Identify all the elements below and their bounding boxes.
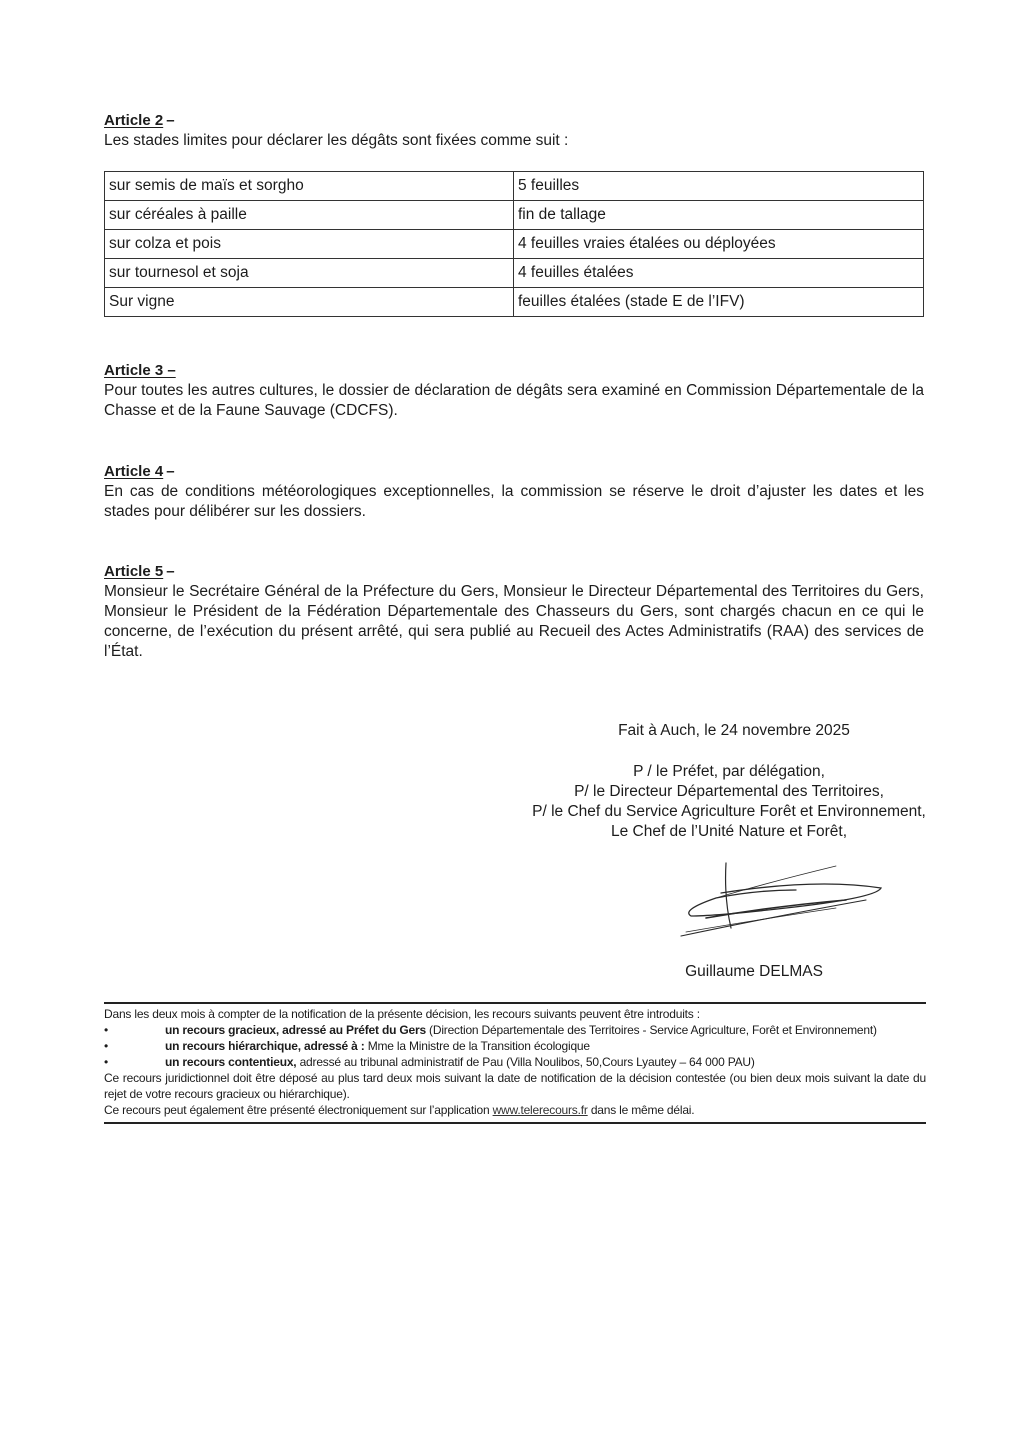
culture-cell: sur colza et pois	[105, 230, 514, 259]
article-4: Article 4– En cas de conditions météorol…	[104, 462, 924, 522]
article-2: Article 2– Les stades limites pour décla…	[104, 111, 924, 151]
article-2-dash: –	[166, 111, 174, 131]
article-3: Article 3 – Pour toutes les autres cultu…	[104, 361, 924, 421]
article-2-title: Article 2–	[104, 111, 924, 131]
article-5-dash: –	[166, 562, 174, 582]
recours-gracieux-detail: (Direction Départementale des Territoire…	[426, 1023, 877, 1037]
handwritten-signature-icon	[676, 858, 896, 948]
table-row: Sur vignefeuilles étalées (stade E de l’…	[105, 288, 924, 317]
recours-gracieux-text: un recours gracieux, adressé au Préfet d…	[104, 1022, 926, 1038]
article-5: Article 5– Monsieur le Secrétaire Généra…	[104, 562, 924, 662]
article-2-title-text: Article 2	[104, 112, 163, 129]
recours-notice: Dans les deux mois à compter de la notif…	[104, 1002, 926, 1124]
electronique-text-after: dans le même délai.	[588, 1103, 695, 1117]
culture-cell: Sur vigne	[105, 288, 514, 317]
article-5-body: Monsieur le Secrétaire Général de la Pré…	[104, 582, 924, 662]
article-4-title: Article 4–	[104, 462, 924, 482]
delegation-line: P/ le Directeur Départemental des Territ…	[449, 782, 1009, 802]
culture-cell: sur tournesol et soja	[105, 259, 514, 288]
article-5-title: Article 5–	[104, 562, 924, 582]
bullet-icon: •	[104, 1054, 165, 1070]
telerecours-link[interactable]: www.telerecours.fr	[493, 1103, 588, 1117]
recours-hierarchique-label: un recours hiérarchique, adressé à :	[165, 1039, 365, 1053]
delegation-line: Le Chef de l’Unité Nature et Forêt,	[449, 822, 1009, 842]
recours-contentieux-label: un recours contentieux,	[165, 1055, 296, 1069]
stade-cell: 4 feuilles étalées	[514, 259, 924, 288]
article-3-title: Article 3 –	[104, 361, 924, 381]
article-4-body: En cas de conditions météorologiques exc…	[104, 482, 924, 522]
stade-cell: fin de tallage	[514, 201, 924, 230]
article-5-title-text: Article 5	[104, 563, 163, 580]
recours-juridictionnel-note: Ce recours juridictionnel doit être dépo…	[104, 1070, 926, 1102]
table-row: sur tournesol et soja4 feuilles étalées	[105, 259, 924, 288]
recours-hierarchique-text: un recours hiérarchique, adressé à : Mme…	[165, 1038, 926, 1054]
table-row: sur colza et pois4 feuilles vraies étalé…	[105, 230, 924, 259]
delegation-block: P / le Préfet, par délégation, P/ le Dir…	[449, 762, 1009, 842]
article-4-title-text: Article 4	[104, 463, 163, 480]
recours-electronique-note: Ce recours peut également être présenté …	[104, 1102, 926, 1118]
stade-cell: 4 feuilles vraies étalées ou déployées	[514, 230, 924, 259]
bullet-icon: •	[104, 1038, 165, 1054]
recours-hierarchique: • un recours hiérarchique, adressé à : M…	[104, 1038, 926, 1054]
place-and-date: Fait à Auch, le 24 novembre 2025	[524, 721, 944, 741]
culture-cell: sur céréales à paille	[105, 201, 514, 230]
article-4-dash: –	[166, 462, 174, 482]
recours-contentieux-text: un recours contentieux, adressé au tribu…	[165, 1054, 926, 1070]
stade-cell: feuilles étalées (stade E de l’IFV)	[514, 288, 924, 317]
recours-gracieux: • un recours gracieux, adressé au Préfet…	[104, 1022, 926, 1038]
recours-contentieux-detail: adressé au tribunal administratif de Pau…	[296, 1055, 754, 1069]
stades-table: sur semis de maïs et sorgho5 feuillessur…	[104, 171, 924, 317]
signatory-name: Guillaume DELMAS	[604, 962, 904, 982]
table-row: sur céréales à paillefin de tallage	[105, 201, 924, 230]
delegation-line: P/ le Chef du Service Agriculture Forêt …	[449, 802, 1009, 822]
stade-cell: 5 feuilles	[514, 172, 924, 201]
recours-gracieux-label: un recours gracieux, adressé au Préfet d…	[165, 1023, 426, 1037]
recours-intro: Dans les deux mois à compter de la notif…	[104, 1006, 926, 1022]
electronique-text-before: Ce recours peut également être présenté …	[104, 1103, 493, 1117]
culture-cell: sur semis de maïs et sorgho	[105, 172, 514, 201]
article-3-body: Pour toutes les autres cultures, le doss…	[104, 381, 924, 421]
article-2-intro: Les stades limites pour déclarer les dég…	[104, 131, 924, 151]
table-row: sur semis de maïs et sorgho5 feuilles	[105, 172, 924, 201]
recours-contentieux: • un recours contentieux, adressé au tri…	[104, 1054, 926, 1070]
delegation-line: P / le Préfet, par délégation,	[449, 762, 1009, 782]
recours-hierarchique-detail: Mme la Ministre de la Transition écologi…	[365, 1039, 590, 1053]
